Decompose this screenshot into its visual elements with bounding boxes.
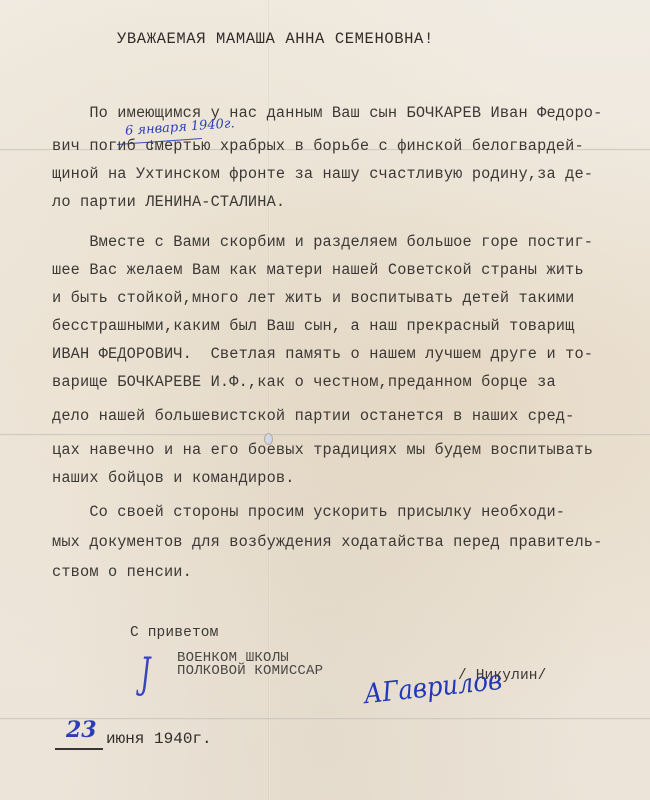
paragraph-1-line: ло партии ЛЕНИНА-СТАЛИНА.: [52, 193, 285, 211]
paragraph-2-line: варище БОЧКАРЕВЕ И.Ф.,как о честном,пред…: [52, 373, 556, 391]
handwritten-day: 23: [66, 717, 97, 743]
salutation: УВАЖАЕМАЯ МАМАША АННА СЕМЕНОВНА!: [117, 30, 434, 48]
paragraph-1-line: щиной на Ухтинском фронте за нашу счастл…: [52, 165, 593, 183]
paragraph-2-line: Вместе с Вами скорбим и разделяем большо…: [52, 233, 593, 251]
letter-page: УВАЖАЕМАЯ МАМАША АННА СЕМЕНОВНА! По имею…: [0, 0, 650, 800]
paragraph-3-line: Со своей стороны просим ускорить присылк…: [52, 503, 565, 521]
signatory-name: / Никулин/: [458, 668, 547, 684]
paragraph-1-line: вич погиб смертью храбрых в борьбе с фин…: [52, 137, 584, 155]
paragraph-2-line: дело нашей большевистской партии останет…: [52, 407, 574, 425]
paragraph-3-line: мых документов для возбуждения ходатайст…: [52, 533, 602, 551]
signatory-title-line2: ПОЛКОВОЙ КОМИССАР: [177, 663, 323, 679]
paper-fold: [0, 433, 650, 436]
paragraph-2-line: цах навечно и на его боевых традициях мы…: [52, 441, 593, 459]
paragraph-2-line: наших бойцов и командиров.: [52, 469, 295, 487]
paragraph-1-line: По имеющимся у нас данным Ваш сын БОЧКАР…: [52, 104, 602, 122]
paragraph-2-line: и быть стойкой,много лет жить и воспитыв…: [52, 289, 574, 307]
closing: С приветом: [130, 625, 219, 641]
handwritten-initial: J: [140, 648, 150, 697]
paragraph-3-line: ством о пенсии.: [52, 563, 192, 581]
paragraph-2-line: шее Вас желаем Вам как матери нашей Сове…: [52, 261, 584, 279]
date-blank-line: [55, 748, 103, 750]
paragraph-2-line: бесстрашными,каким был Ваш сын, а наш пр…: [52, 317, 574, 335]
signatory-title: ВОЕНКОМ ШКОЛЫ ПОЛКОВОЙ КОМИССАР: [177, 652, 323, 678]
date-month-year: июня 1940г.: [106, 730, 212, 748]
paragraph-2-line: ИВАН ФЕДОРОВИЧ. Светлая память о нашем л…: [52, 345, 593, 363]
paper-fold: [0, 717, 650, 720]
